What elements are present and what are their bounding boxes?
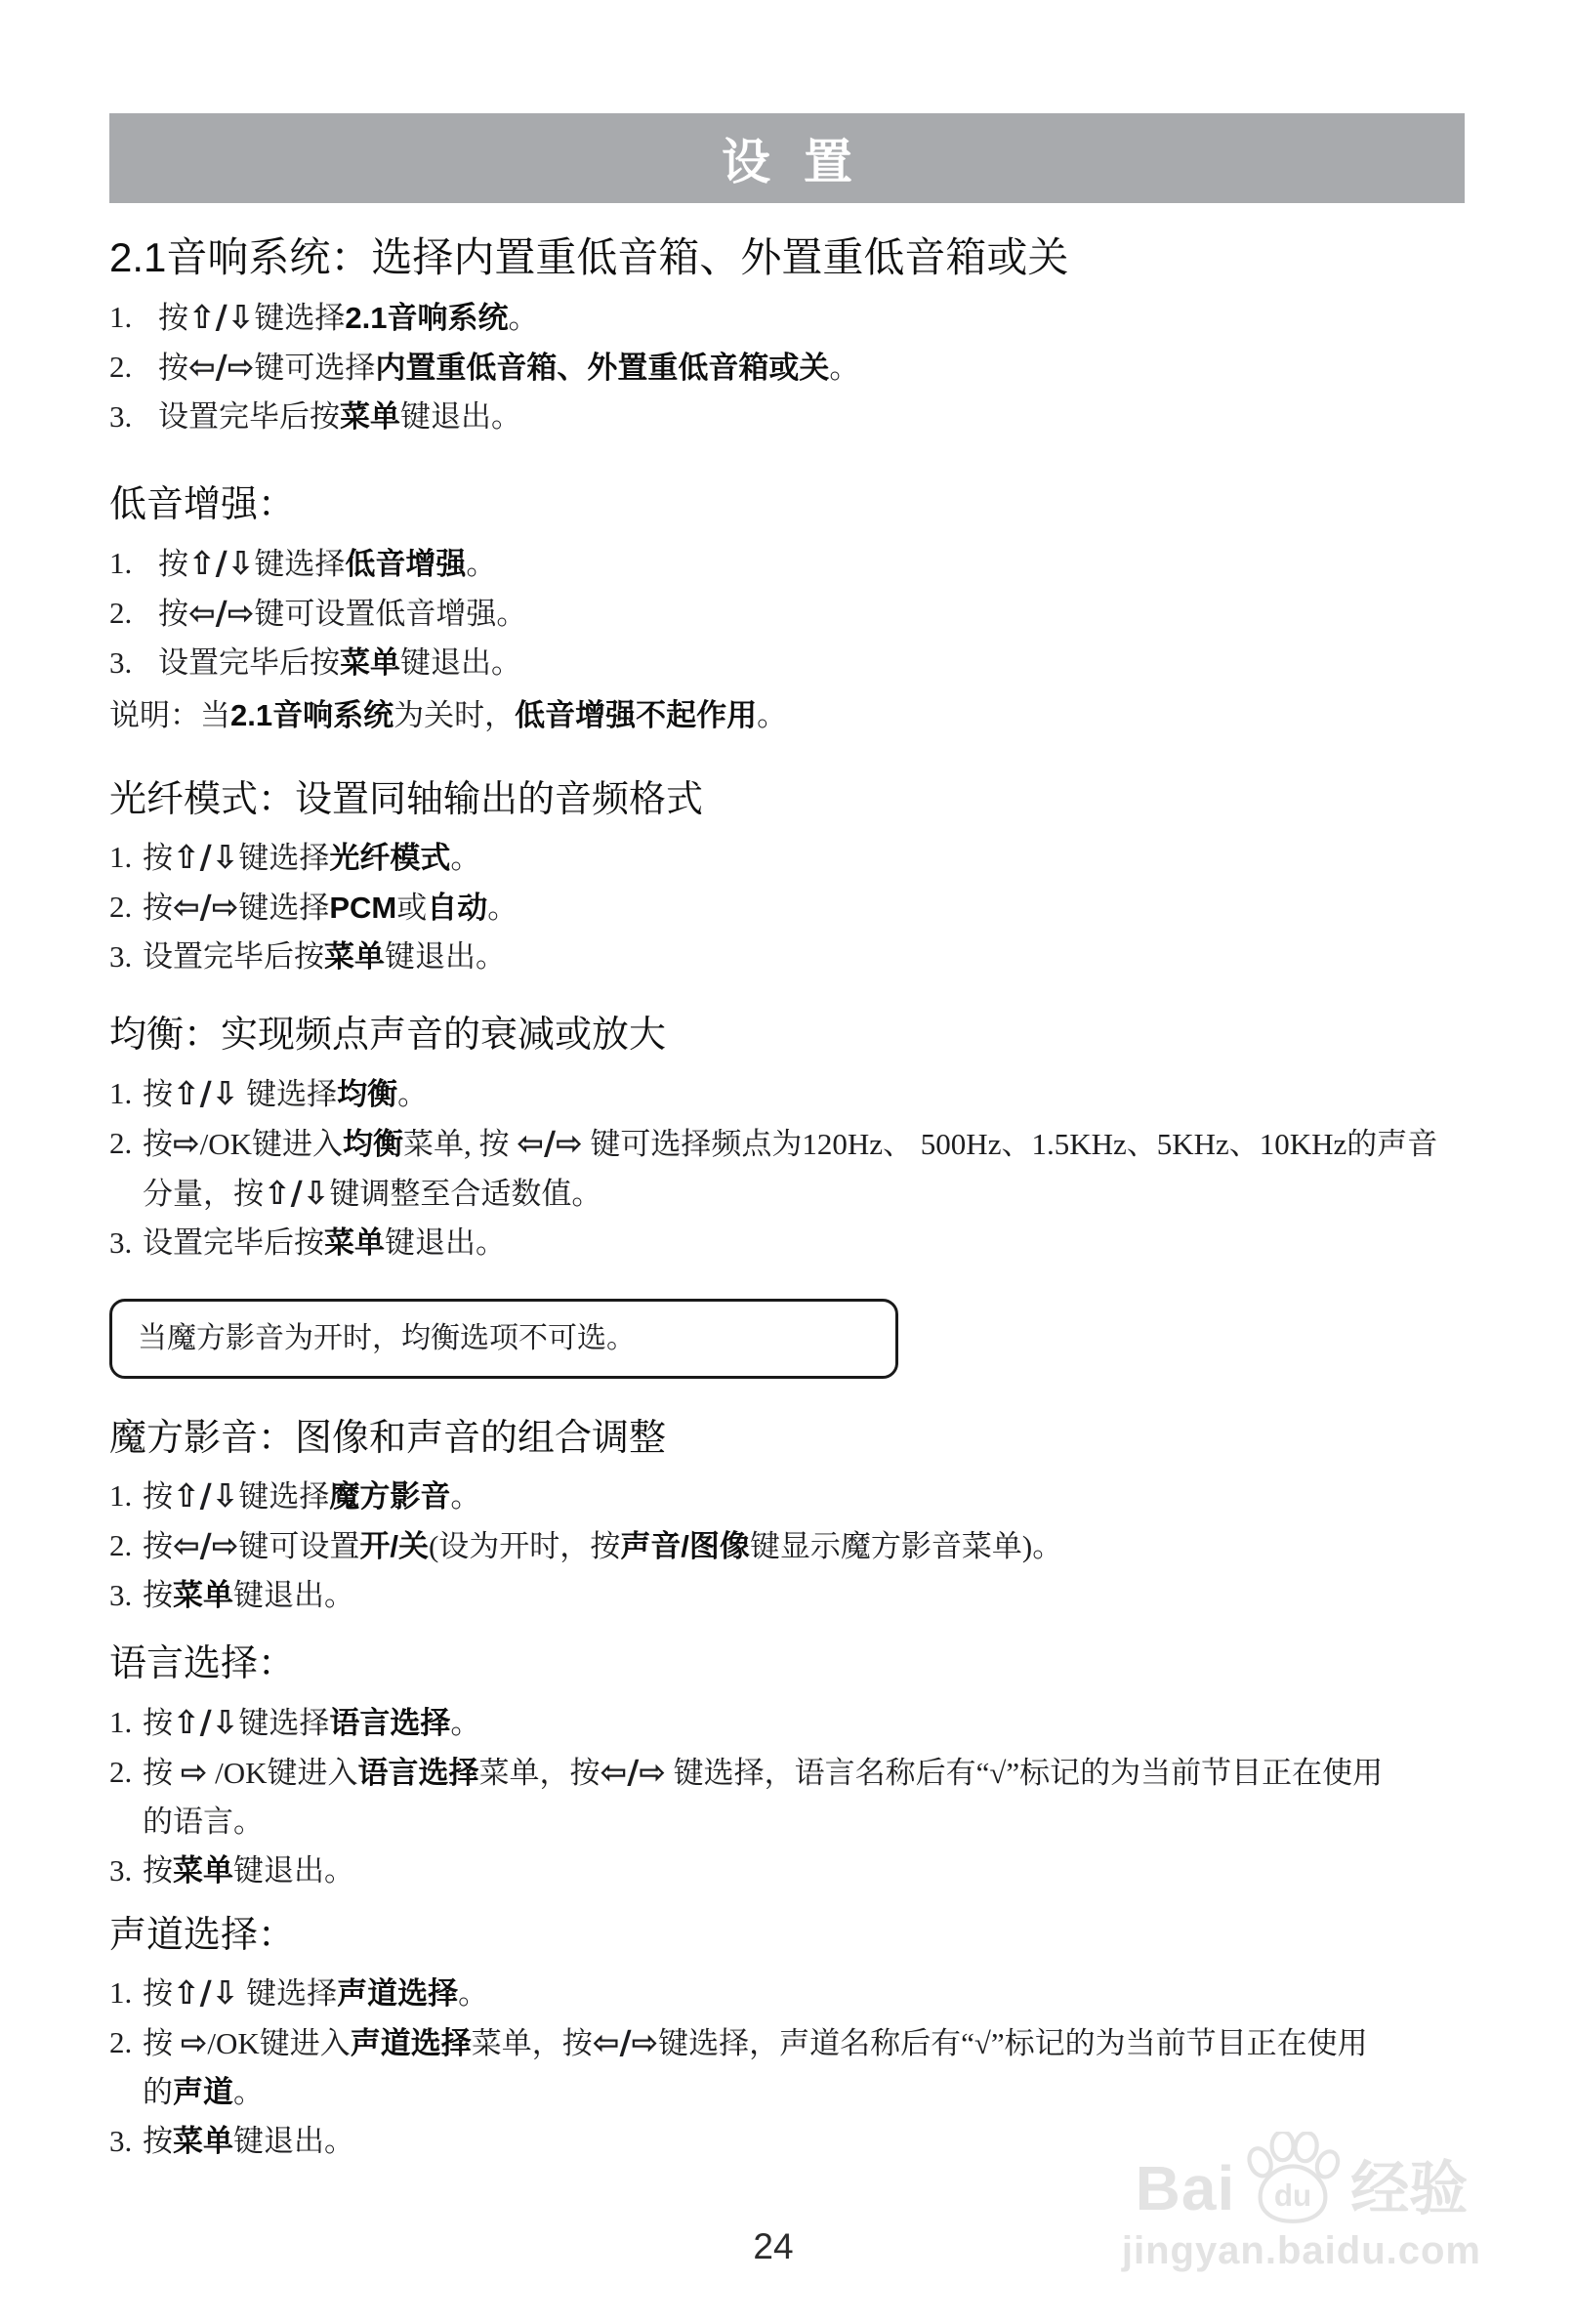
text-segment: 魔方影音 bbox=[329, 1479, 450, 1514]
text-segment: 。 bbox=[466, 547, 496, 581]
text-segment: 菜单，按 bbox=[472, 2026, 593, 2060]
arrow-keys-glyph: ⇧/⇩ bbox=[173, 838, 238, 876]
text-segment: 键退出。 bbox=[233, 1853, 354, 1888]
arrow-keys-glyph: ⇦/⇨ bbox=[601, 1753, 666, 1791]
list-item: 3.设置完毕后按菜单键退出。 bbox=[109, 933, 1520, 981]
text-segment: 。 bbox=[508, 301, 538, 335]
list-item: 1.按⇧/⇩ 键选择均衡。 bbox=[109, 1069, 1520, 1119]
list-item-text: 按⇦/⇨键选择PCM或自动。 bbox=[143, 883, 1520, 933]
arrow-keys-glyph: ⇧/⇩ bbox=[173, 1973, 238, 2012]
text-segment: 均衡：实现频点声音的衰减或放大 bbox=[109, 1015, 666, 1056]
watermark-brand-latin: Bai bbox=[1136, 2157, 1236, 2220]
text-segment: 按 bbox=[158, 351, 188, 385]
text-segment: 。 bbox=[829, 351, 859, 385]
text-segment: 按 bbox=[143, 1077, 173, 1111]
list-item-text: 按⇧/⇩键选择2.1音响系统。 bbox=[158, 293, 1520, 343]
list-item-number: 2. bbox=[109, 589, 158, 638]
text-segment: 键选择 bbox=[238, 1976, 337, 2011]
baidu-paw-icon: du bbox=[1239, 2132, 1346, 2225]
text-segment: /OK键进入 bbox=[200, 1127, 343, 1161]
list-item-text: 按⇦/⇨键可设置开/关(设为开时，按声音/图像键显示魔方影音菜单)。 bbox=[143, 1521, 1520, 1571]
text-segment: 按 bbox=[143, 841, 173, 875]
list-item-number: 2. bbox=[109, 1119, 143, 1168]
list-item: 2.按⇦/⇨键可设置开/关(设为开时，按声音/图像键显示魔方影音菜单)。 bbox=[109, 1521, 1520, 1571]
arrow-keys-glyph: ⇧/⇩ bbox=[173, 1074, 238, 1112]
list-item: 1.按⇧/⇩ 键选择声道选择。 bbox=[109, 1969, 1520, 2018]
list-item: 1.按⇧/⇩键选择语言选择。 bbox=[109, 1698, 1520, 1748]
text-segment: 当魔方影音为开时，均衡选项不可选。 bbox=[138, 1322, 636, 1354]
text-segment: 键退出。 bbox=[400, 645, 521, 680]
section: 声道选择：1.按⇧/⇩ 键选择声道选择。2.按 ⇨/OK键进入声道选择菜单，按⇦… bbox=[109, 1915, 1520, 2167]
section: 语言选择：1.按⇧/⇩键选择语言选择。2.按 ⇨ /OK键进入语言选择菜单，按⇦… bbox=[109, 1643, 1520, 1895]
arrow-keys-glyph: ⇦/⇨ bbox=[188, 348, 254, 386]
list-item-number: 3. bbox=[109, 393, 158, 441]
list-item-number: 2. bbox=[109, 883, 143, 932]
list-item-text: 按菜单键退出。 bbox=[143, 1571, 1520, 1620]
list-item-text: 按 ⇨/OK键进入声道选择菜单，按⇦/⇨键选择，声道名称后有“√”标记的为当前节… bbox=[143, 2018, 1520, 2117]
text-segment: 菜单, 按 bbox=[403, 1127, 517, 1161]
text-segment: 菜单 bbox=[173, 1853, 233, 1888]
text-segment: 魔方影音：图像和声音的组合调整 bbox=[109, 1418, 666, 1459]
text-segment: 语言选择 bbox=[329, 1706, 450, 1740]
text-segment: 2.1音响系统 bbox=[345, 301, 508, 335]
list-item-text: 设置完毕后按菜单键退出。 bbox=[143, 1219, 1520, 1267]
text-segment: 按 bbox=[143, 1479, 173, 1514]
text-segment: 按 bbox=[143, 1578, 173, 1612]
section-heading: 光纤模式：设置同轴输出的音频格式 bbox=[109, 779, 1520, 821]
text-segment: 按 bbox=[143, 1976, 173, 2011]
list-item: 2.按⇦/⇨键选择PCM或自动。 bbox=[109, 883, 1520, 933]
list-item-number: 3. bbox=[109, 1571, 143, 1620]
text-segment: 键选择 bbox=[238, 1479, 329, 1514]
list-item-text: 按⇧/⇩键选择低音增强。 bbox=[158, 539, 1520, 589]
text-segment: 键选择 bbox=[238, 1077, 337, 1111]
list-item-number: 1. bbox=[109, 1069, 143, 1118]
list-item-number: 1. bbox=[109, 1969, 143, 2017]
list-item: 2.按⇦/⇨键可选择内置重低音箱、外置重低音箱或关。 bbox=[109, 343, 1520, 393]
text-segment: 光纤模式 bbox=[329, 841, 450, 875]
text-line: 按 ⇨/OK键进入声道选择菜单，按⇦/⇨键选择，声道名称后有“√”标记的为当前节… bbox=[143, 2018, 1520, 2068]
text-segment: 键退出。 bbox=[233, 1578, 354, 1612]
text-line: 按⇧/⇩键选择光纤模式。 bbox=[143, 833, 1520, 883]
text-segment: 均衡 bbox=[337, 1077, 397, 1111]
text-segment: 的语言。 bbox=[143, 1805, 264, 1839]
text-segment: 按 bbox=[143, 891, 173, 925]
text-segment: 键可设置 bbox=[238, 1529, 359, 1563]
text-line: 设置完毕后按菜单键退出。 bbox=[158, 393, 1520, 441]
section: 魔方影音：图像和声音的组合调整1.按⇧/⇩键选择魔方影音。2.按⇦/⇨键可设置开… bbox=[109, 1418, 1520, 1621]
section: 2.1音响系统：选择内置重低音箱、外置重低音箱或关1.按⇧/⇩键选择2.1音响系… bbox=[109, 234, 1520, 441]
list-item-text: 按⇧/⇩ 键选择均衡。 bbox=[143, 1069, 1520, 1119]
text-segment: 键选择 bbox=[254, 547, 345, 581]
text-segment: 声音/图像 bbox=[620, 1529, 750, 1563]
arrow-keys-glyph: ⇧/⇩ bbox=[173, 1476, 238, 1515]
text-line: 按⇧/⇩ 键选择均衡。 bbox=[143, 1069, 1520, 1119]
text-line: 按⇧/⇩键选择2.1音响系统。 bbox=[158, 293, 1520, 343]
text-segment: 按 bbox=[143, 1127, 173, 1161]
arrow-keys-glyph: ⇦/⇨ bbox=[173, 888, 238, 926]
text-line: 设置完毕后按菜单键退出。 bbox=[143, 933, 1520, 981]
list-item-text: 按菜单键退出。 bbox=[143, 1847, 1520, 1895]
text-segment: /OK键进入 bbox=[207, 1756, 357, 1790]
text-segment: 键可设置低音增强。 bbox=[254, 597, 526, 631]
list-item: 2.按 ⇨ /OK键进入语言选择菜单，按⇦/⇨ 键选择，语言名称后有“√”标记的… bbox=[109, 1748, 1520, 1847]
arrow-keys-glyph: ⇨ bbox=[181, 1753, 208, 1791]
text-segment: 设置完毕后按 bbox=[143, 939, 324, 974]
text-line: 按⇧/⇩ 键选择声道选择。 bbox=[143, 1969, 1520, 2018]
text-line: 按⇨/OK键进入均衡菜单, 按 ⇦/⇨ 键可选择频点为120Hz、 500Hz、… bbox=[143, 1119, 1520, 1169]
text-segment: 的 bbox=[143, 2075, 173, 2109]
text-segment: 语言选择 bbox=[358, 1756, 479, 1790]
list-item: 3.设置完毕后按菜单键退出。 bbox=[109, 393, 1520, 441]
text-line: 分量，按⇧/⇩键调整至合适数值。 bbox=[143, 1169, 1520, 1219]
text-line: 的语言。 bbox=[143, 1798, 1520, 1847]
arrow-keys-glyph: ⇧/⇩ bbox=[188, 298, 254, 336]
text-segment: 菜单 bbox=[340, 399, 400, 434]
list-item-text: 按⇧/⇩键选择光纤模式。 bbox=[143, 833, 1520, 883]
text-segment: 菜单 bbox=[324, 939, 385, 974]
list-item-text: 按⇦/⇨键可选择内置重低音箱、外置重低音箱或关。 bbox=[158, 343, 1520, 393]
list-item-text: 按⇧/⇩键选择魔方影音。 bbox=[143, 1472, 1520, 1521]
text-segment: 按 bbox=[143, 2026, 181, 2060]
page-header-bar: 设 置 bbox=[109, 113, 1465, 203]
list-item-number: 3. bbox=[109, 2117, 143, 2166]
text-segment: 语言选择： bbox=[109, 1643, 295, 1684]
text-segment: 菜单，按 bbox=[479, 1756, 601, 1790]
text-line: 按⇧/⇩键选择语言选择。 bbox=[143, 1698, 1520, 1748]
section-heading: 均衡：实现频点声音的衰减或放大 bbox=[109, 1015, 1520, 1057]
list-item-text: 按 ⇨ /OK键进入语言选择菜单，按⇦/⇨ 键选择，语言名称后有“√”标记的为当… bbox=[143, 1748, 1520, 1847]
arrow-keys-glyph: ⇧/⇩ bbox=[188, 544, 254, 582]
list-item: 1.按⇧/⇩键选择2.1音响系统。 bbox=[109, 293, 1520, 343]
text-line: 按菜单键退出。 bbox=[143, 1571, 1520, 1620]
section-heading: 低音增强： bbox=[109, 484, 1520, 526]
list-item: 1.按⇧/⇩键选择魔方影音。 bbox=[109, 1472, 1520, 1521]
text-segment: 光纤模式：设置同轴输出的音频格式 bbox=[109, 779, 703, 820]
text-segment: 为关时， bbox=[393, 698, 515, 732]
list-item: 2.按⇦/⇨键可设置低音增强。 bbox=[109, 589, 1520, 639]
text-segment: 按 bbox=[143, 1853, 173, 1888]
text-segment: 按 bbox=[143, 1756, 181, 1790]
text-line: 设置完毕后按菜单键退出。 bbox=[143, 1219, 1520, 1267]
list-item-number: 1. bbox=[109, 539, 158, 588]
text-segment: 声道选择 bbox=[351, 2026, 472, 2060]
text-segment: 。 bbox=[450, 1479, 480, 1514]
list-item-text: 按⇨/OK键进入均衡菜单, 按 ⇦/⇨ 键可选择频点为120Hz、 500Hz、… bbox=[143, 1119, 1520, 1219]
text-segment: 低音增强不起作用 bbox=[515, 698, 757, 732]
text-segment: 按 bbox=[143, 1706, 173, 1740]
text-segment: 菜单 bbox=[173, 2124, 233, 2158]
text-segment: 菜单 bbox=[324, 1225, 385, 1260]
text-segment: 。 bbox=[397, 1077, 428, 1111]
list-item-text: 按⇧/⇩ 键选择声道选择。 bbox=[143, 1969, 1520, 2018]
text-segment: 自动 bbox=[427, 891, 487, 925]
text-segment: 按 bbox=[143, 2124, 173, 2158]
text-line: 按⇧/⇩键选择低音增强。 bbox=[158, 539, 1520, 589]
text-segment: 键退出。 bbox=[233, 2124, 354, 2158]
list-item-number: 2. bbox=[109, 2018, 143, 2067]
list-item-number: 3. bbox=[109, 1847, 143, 1895]
text-segment: 键选择 bbox=[254, 301, 345, 335]
list-item-number: 1. bbox=[109, 293, 158, 342]
text-segment: /OK键进入 bbox=[207, 2026, 350, 2060]
text-segment: 菜单 bbox=[340, 645, 400, 680]
watermark-logo-row: Bai du 经验 bbox=[1122, 2132, 1481, 2220]
section-heading: 魔方影音：图像和声音的组合调整 bbox=[109, 1418, 1520, 1460]
text-line: 按⇦/⇨键可设置开/关(设为开时，按声音/图像键显示魔方影音菜单)。 bbox=[143, 1521, 1520, 1571]
text-segment: 键选择 bbox=[238, 1706, 329, 1740]
text-segment: 按 bbox=[143, 1529, 173, 1563]
text-segment: 声道选择 bbox=[337, 1976, 458, 2011]
text-segment: 键显示魔方影音菜单)。 bbox=[750, 1529, 1062, 1563]
text-segment: 2.1音响系统 bbox=[230, 698, 393, 732]
text-segment: 按 bbox=[158, 547, 188, 581]
text-segment: 。 bbox=[458, 1976, 488, 2011]
list-item: 2.按⇨/OK键进入均衡菜单, 按 ⇦/⇨ 键可选择频点为120Hz、 500H… bbox=[109, 1119, 1520, 1219]
watermark-paw-text: du bbox=[1274, 2179, 1311, 2213]
note-box: 当魔方影音为开时，均衡选项不可选。 bbox=[109, 1299, 898, 1379]
list-item-text: 按⇧/⇩键选择语言选择。 bbox=[143, 1698, 1520, 1748]
section-heading: 2.1音响系统：选择内置重低音箱、外置重低音箱或关 bbox=[109, 234, 1520, 280]
arrow-keys-glyph: ⇦/⇨ bbox=[593, 2023, 658, 2061]
text-segment: 均衡 bbox=[343, 1127, 403, 1161]
text-segment: 键退出。 bbox=[385, 1225, 506, 1260]
list-item: 3.设置完毕后按菜单键退出。 bbox=[109, 1219, 1520, 1267]
text-segment: 。 bbox=[233, 2075, 264, 2109]
list-item-text: 设置完毕后按菜单键退出。 bbox=[158, 639, 1520, 687]
watermark-url: jingyan.baidu.com bbox=[1122, 2229, 1481, 2273]
section-heading: 声道选择： bbox=[109, 1915, 1520, 1957]
arrow-keys-glyph: ⇦/⇨ bbox=[188, 594, 254, 632]
text-segment: 设置完毕后按 bbox=[158, 399, 340, 434]
text-segment: 按 bbox=[158, 301, 188, 335]
text-line: 的声道。 bbox=[143, 2068, 1520, 2117]
section: 光纤模式：设置同轴输出的音频格式1.按⇧/⇩键选择光纤模式。2.按⇦/⇨键选择P… bbox=[109, 779, 1520, 982]
list-item-number: 1. bbox=[109, 1472, 143, 1520]
list-item-number: 3. bbox=[109, 933, 143, 981]
arrow-keys-glyph: ⇦/⇨ bbox=[517, 1124, 582, 1162]
text-segment: 键调整至合适数值。 bbox=[329, 1177, 601, 1211]
list-item: 2.按 ⇨/OK键进入声道选择菜单，按⇦/⇨键选择，声道名称后有“√”标记的为当… bbox=[109, 2018, 1520, 2117]
list-item: 3.按菜单键退出。 bbox=[109, 1847, 1520, 1895]
arrow-keys-glyph: ⇧/⇩ bbox=[264, 1174, 329, 1212]
baidu-jingyan-watermark: Bai du 经验 jingyan.baidu.com bbox=[1122, 2132, 1481, 2273]
text-segment: 键选择，声道名称后有“√”标记的为当前节目正在使用 bbox=[658, 2026, 1368, 2060]
text-segment: 开/关 bbox=[359, 1529, 429, 1563]
list-item: 3.设置完毕后按菜单键退出。 bbox=[109, 639, 1520, 687]
list-item-text: 设置完毕后按菜单键退出。 bbox=[158, 393, 1520, 441]
text-segment: 说明：当 bbox=[109, 698, 230, 732]
section-heading: 语言选择： bbox=[109, 1643, 1520, 1685]
list-item-number: 1. bbox=[109, 1698, 143, 1747]
list-item-text: 按⇦/⇨键可设置低音增强。 bbox=[158, 589, 1520, 639]
page-title: 设 置 bbox=[712, 123, 862, 193]
list-item-number: 3. bbox=[109, 639, 158, 687]
text-line: 按⇧/⇩键选择魔方影音。 bbox=[143, 1472, 1520, 1521]
list-item-text: 设置完毕后按菜单键退出。 bbox=[143, 933, 1520, 981]
text-segment: 。 bbox=[450, 1706, 480, 1740]
list-item-number: 2. bbox=[109, 1521, 143, 1570]
text-segment: 内置重低音箱、外置重低音箱或关 bbox=[375, 351, 829, 385]
list-item-number: 1. bbox=[109, 833, 143, 882]
text-line: 按 ⇨ /OK键进入语言选择菜单，按⇦/⇨ 键选择，语言名称后有“√”标记的为当… bbox=[143, 1748, 1520, 1798]
text-segment: 低音增强 bbox=[345, 547, 466, 581]
text-segment: 键选择 bbox=[238, 841, 329, 875]
arrow-keys-glyph: ⇨ bbox=[173, 1124, 200, 1162]
list-item-number: 2. bbox=[109, 343, 158, 392]
list-item-number: 2. bbox=[109, 1748, 143, 1797]
text-segment: 键可选择 bbox=[254, 351, 375, 385]
content: 2.1音响系统：选择内置重低音箱、外置重低音箱或关1.按⇧/⇩键选择2.1音响系… bbox=[109, 234, 1520, 2166]
text-line: 设置完毕后按菜单键退出。 bbox=[158, 639, 1520, 687]
text-line: 按菜单键退出。 bbox=[143, 1847, 1520, 1895]
text-segment: 按 bbox=[158, 597, 188, 631]
text-segment: 。 bbox=[450, 841, 480, 875]
text-segment: 声道 bbox=[173, 2075, 233, 2109]
text-segment: (设为开时，按 bbox=[429, 1529, 620, 1563]
text-segment: 。 bbox=[487, 891, 518, 925]
list-item-number: 3. bbox=[109, 1219, 143, 1267]
text-segment: 键退出。 bbox=[385, 939, 506, 974]
watermark-brand-cn: 经验 bbox=[1350, 2158, 1468, 2220]
section: 均衡：实现频点声音的衰减或放大1.按⇧/⇩ 键选择均衡。2.按⇨/OK键进入均衡… bbox=[109, 1015, 1520, 1267]
text-line: 按⇦/⇨键选择PCM或自动。 bbox=[143, 883, 1520, 933]
text-segment: 键可选择频点为120Hz、 500Hz、1.5KHz、5KHz、10KHz的声音 bbox=[583, 1127, 1438, 1161]
text-segment: 设置完毕后按 bbox=[158, 645, 340, 680]
text-segment: 键选择 bbox=[238, 891, 329, 925]
section: 低音增强：1.按⇧/⇩键选择低音增强。2.按⇦/⇨键可设置低音增强。3.设置完毕… bbox=[109, 484, 1520, 740]
list-item: 3.按菜单键退出。 bbox=[109, 1571, 1520, 1620]
text-segment: 。 bbox=[757, 698, 787, 732]
text-segment: 菜单 bbox=[173, 1578, 233, 1612]
section-note: 说明：当2.1音响系统为关时，低音增强不起作用。 bbox=[109, 691, 1520, 740]
text-segment: 或 bbox=[396, 891, 427, 925]
arrow-keys-glyph: ⇦/⇨ bbox=[173, 1526, 238, 1564]
list-item: 1.按⇧/⇩键选择光纤模式。 bbox=[109, 833, 1520, 883]
text-segment: 低音增强： bbox=[109, 484, 295, 525]
text-segment: 键选择，语言名称后有“√”标记的为当前节目正在使用 bbox=[666, 1756, 1383, 1790]
text-line: 按⇦/⇨键可设置低音增强。 bbox=[158, 589, 1520, 639]
text-segment: 分量，按 bbox=[143, 1177, 264, 1211]
text-segment: 键退出。 bbox=[400, 399, 521, 434]
arrow-keys-glyph: ⇨ bbox=[181, 2023, 208, 2061]
text-segment: 设置完毕后按 bbox=[143, 1225, 324, 1260]
text-segment: 声道选择： bbox=[109, 1915, 295, 1956]
text-segment: PCM bbox=[329, 891, 396, 925]
text-segment: 2.1音响系统：选择内置重低音箱、外置重低音箱或关 bbox=[109, 234, 1068, 280]
list-item: 1.按⇧/⇩键选择低音增强。 bbox=[109, 539, 1520, 589]
text-line: 按⇦/⇨键可选择内置重低音箱、外置重低音箱或关。 bbox=[158, 343, 1520, 393]
arrow-keys-glyph: ⇧/⇩ bbox=[173, 1703, 238, 1741]
